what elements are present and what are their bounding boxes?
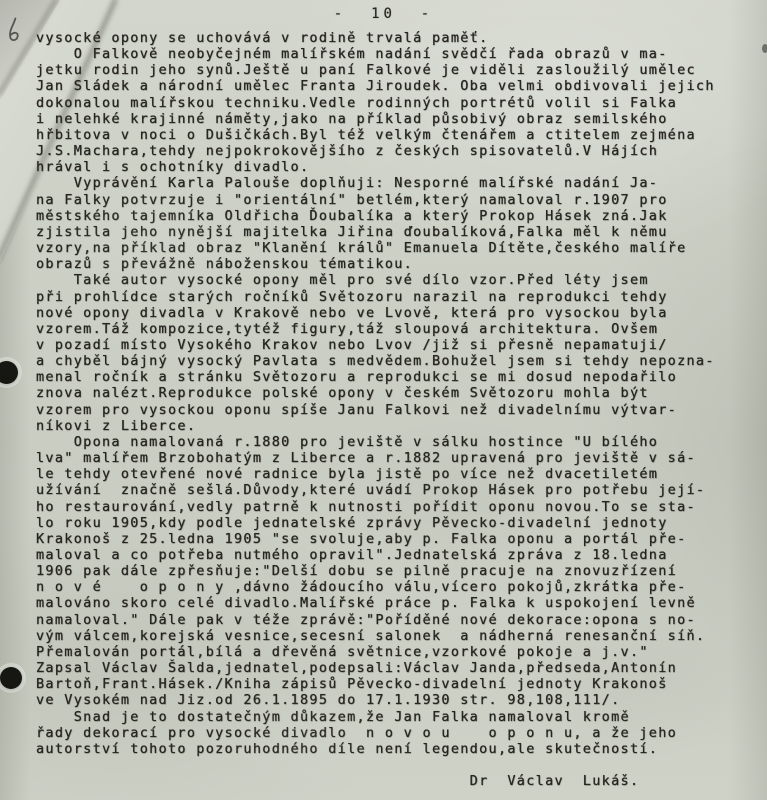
text-line: Zapsal Václav Šalda,jednatel,podepsali:V… [36, 660, 715, 676]
text-line: 1906 pak dále zpřesňuje:"Delší dobu se p… [36, 563, 715, 579]
text-line: vysocké opony se uchovává v rodině trval… [36, 30, 715, 46]
text-line: Vyprávění Karla Palouše doplňuji: Nespor… [36, 175, 715, 191]
text-line: i nelehké krajinné náměty,jako na příkla… [36, 111, 715, 127]
hole-punch [0, 361, 18, 384]
text-line: vým válcem,korejská vesnice,secesní salo… [36, 628, 715, 644]
paper-speck [762, 44, 767, 53]
scanned-document-page: - 10 - vysocké opony se uchovává v rodin… [0, 0, 767, 800]
text-line: hřbitova v noci o Dušičkách.Byl též velk… [36, 127, 715, 143]
text-line: znova nalézt.Reprodukce polské opony v č… [36, 385, 715, 401]
text-line: vzorem.Táž kompozice,tytéž figury,táž sl… [36, 321, 715, 337]
text-line: namaloval." Dále pak v téže zprávě:"Poří… [36, 612, 715, 628]
text-line: n o v é o p o n y ,dávno žádoucího válu,… [36, 579, 715, 595]
text-line: vzorem pro vysockou oponu spíše Janu Fal… [36, 402, 715, 418]
text-line: Bartoň,Frant.Hásek./Kniha zápisů Pěvecko… [36, 676, 715, 692]
text-line: jetku rodin jeho synů.Ještě u paní Falko… [36, 62, 715, 78]
hole-punch [0, 667, 22, 689]
text-line: řady dekorací pro vysocké divadlo n o v … [36, 725, 715, 741]
text-line: Přemalován portál,bílá a dřevěná světnic… [36, 644, 715, 660]
text-line: nové opony divadla v Krakově nebo ve Lvo… [36, 305, 715, 321]
text-line: O Falkově neobyčejném malířském nadání s… [36, 46, 715, 62]
text-line: městského tajemníka Oldřicha Ďoubalíka a… [36, 208, 715, 224]
text-line [36, 757, 715, 773]
text-line: Krakonoš z 25.ledna 1905 "se svoluje,aby… [36, 531, 715, 547]
text-line: ho restaurování,vedly patrně k nutnosti … [36, 499, 715, 515]
text-line: J.S.Machara,tehdy nejpokrokovějšího z če… [36, 143, 715, 159]
text-line: zjistila jeho nynější majitelka Jiřina ď… [36, 224, 715, 240]
text-line: Dr Václav Lukáš. [36, 773, 715, 789]
page-number: - 10 - [0, 6, 767, 22]
text-line: Také autor vysocké opony měl pro své díl… [36, 272, 715, 288]
text-line: Opona namalovaná r.1880 pro jeviště v sá… [36, 434, 715, 450]
text-line: při prohlídce starých ročníků Světozoru … [36, 289, 715, 305]
text-line: autorství tohoto pozoruhodného díle není… [36, 741, 715, 757]
typewritten-text: vysocké opony se uchovává v rodině trval… [36, 30, 715, 789]
text-line: hrával i s ochotníky divadlo. [36, 159, 715, 175]
text-line: na Falky potvrzuje i "orientální" betlém… [36, 192, 715, 208]
text-line: vzory,na příklad obraz "Klanění králů" E… [36, 240, 715, 256]
text-line: a chyběl bájný vysocký Pavlata s medvěde… [36, 353, 715, 369]
text-line: v pozadí místo Vysokého Krakov nebo Lvov… [36, 337, 715, 353]
text-line: ve Vysokém nad Jiz.od 26.1.1895 do 17.1.… [36, 692, 715, 708]
text-line: Snad je to dostatečným důkazem,že Jan Fa… [36, 709, 715, 725]
text-line: lva" malířem Brzobohatým z Liberce a r.1… [36, 450, 715, 466]
text-line: dokonalou malířskou techniku.Vedle rodin… [36, 95, 715, 111]
text-line: obrazů s převážně náboženskou tématikou. [36, 256, 715, 272]
text-line: níkovi z Liberce. [36, 418, 715, 434]
text-line: Jan Sládek a národní umělec Franta Jirou… [36, 78, 715, 94]
text-line: le tehdy otevřené nové radnice byla jist… [36, 466, 715, 482]
text-line: maloval a co potřeba nutmého opravil".Je… [36, 547, 715, 563]
text-line: menal ročník a stránku Světozoru a repro… [36, 369, 715, 385]
text-line: lo roku 1905,kdy podle jednatelské zpráv… [36, 515, 715, 531]
text-line: malováno skoro celé divadlo.Malířské prá… [36, 595, 715, 611]
text-line: užívání značně sešlá.Důvody,které uvádí … [36, 482, 715, 498]
